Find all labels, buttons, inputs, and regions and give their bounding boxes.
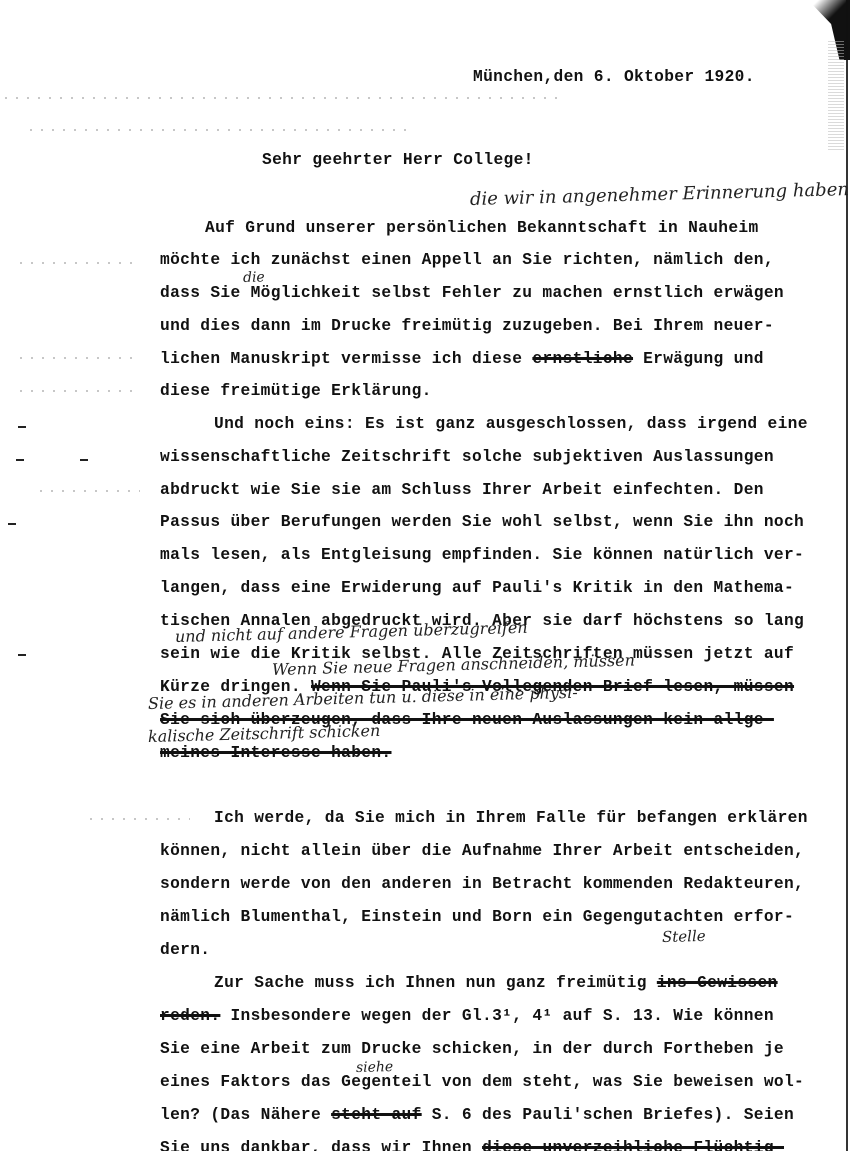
scan-page-edge — [846, 0, 848, 1151]
body-line: Auf Grund unserer persönlichen Bekanntsc… — [205, 218, 759, 238]
line-text: Insbesondere wegen der Gl.3¹, 4¹ auf S. … — [220, 1007, 774, 1025]
body-line: eines Faktors das Gegenteil von dem steh… — [160, 1072, 804, 1092]
margin-mark — [80, 459, 88, 461]
body-line: und dies dann im Drucke freimütig zuzuge… — [160, 316, 774, 336]
line-text: len? (Das Nähere — [160, 1106, 331, 1124]
struck-text: ins Gewissen — [657, 974, 778, 992]
body-line: Sie eine Arbeit zum Drucke schicken, in … — [160, 1039, 784, 1059]
body-line: mals lesen, als Entgleisung empfinden. S… — [160, 545, 804, 565]
body-line: len? (Das Nähere steht auf S. 6 des Paul… — [160, 1105, 794, 1125]
margin-mark — [18, 426, 26, 428]
handwritten-insertion: siehe — [356, 1057, 394, 1078]
bleed-through-row — [40, 490, 140, 492]
margin-mark — [16, 459, 24, 461]
salutation: Sehr geehrter Herr College! — [262, 150, 534, 170]
dateline: München,den 6. Oktober 1920. — [473, 67, 755, 87]
handwritten-annotation: die wir in angenehmer Erinnerung haben — [470, 180, 849, 210]
handwritten-annotation: Stelle — [662, 926, 706, 947]
struck-text: ernstliche — [532, 350, 633, 368]
body-line: Sie uns dankbar, dass wir Ihnen diese un… — [160, 1138, 784, 1151]
bleed-through-row — [30, 129, 410, 131]
body-line: dern. — [160, 940, 210, 960]
body-line: diese freimütige Erklärung. — [160, 381, 432, 401]
body-line: können, nicht allein über die Aufnahme I… — [160, 841, 804, 861]
struck-text: diese unverzeihliche Flüchtig- — [482, 1139, 784, 1151]
line-text: lichen Manuskript vermisse ich diese — [160, 350, 532, 368]
body-line: lichen Manuskript vermisse ich diese ern… — [160, 349, 764, 369]
handwritten-insertion: die — [243, 267, 265, 288]
scan-edge-shading — [828, 40, 844, 150]
body-line: Passus über Berufungen werden Sie wohl s… — [160, 512, 804, 532]
body-line: meines Interesse haben. — [160, 743, 391, 763]
bleed-through-row — [5, 97, 565, 99]
struck-text: reden. — [160, 1007, 220, 1025]
body-line: sondern werde von den anderen in Betrach… — [160, 874, 804, 894]
struck-text: meines Interesse haben. — [160, 744, 391, 762]
struck-text: steht auf — [331, 1106, 422, 1124]
bleed-through-row — [20, 390, 140, 392]
body-line: Ich werde, da Sie mich in Ihrem Falle fü… — [214, 808, 808, 828]
body-line: Zur Sache muss ich Ihnen nun ganz freimü… — [214, 973, 778, 993]
bleed-through-row — [20, 357, 140, 359]
line-text: Sie uns dankbar, dass wir Ihnen — [160, 1139, 482, 1151]
body-line: langen, dass eine Erwiderung auf Pauli's… — [160, 578, 794, 598]
letter-page: München,den 6. Oktober 1920. Sehr geehrt… — [0, 0, 850, 1151]
margin-mark — [18, 654, 26, 656]
line-text: Zur Sache muss ich Ihnen nun ganz freimü… — [214, 974, 657, 992]
bleed-through-row — [20, 262, 140, 264]
body-line: wissenschaftliche Zeitschrift solche sub… — [160, 447, 774, 467]
body-line: Und noch eins: Es ist ganz ausgeschlosse… — [214, 414, 808, 434]
body-line: abdruckt wie Sie sie am Schluss Ihrer Ar… — [160, 480, 764, 500]
margin-mark — [8, 523, 16, 525]
line-text: S. 6 des Pauli'schen Briefes). Seien — [422, 1106, 794, 1124]
line-text: Erwägung und — [633, 350, 764, 368]
body-line: nämlich Blumenthal, Einstein und Born ei… — [160, 907, 794, 927]
body-line: reden. Insbesondere wegen der Gl.3¹, 4¹ … — [160, 1006, 774, 1026]
bleed-through-row — [90, 818, 190, 820]
